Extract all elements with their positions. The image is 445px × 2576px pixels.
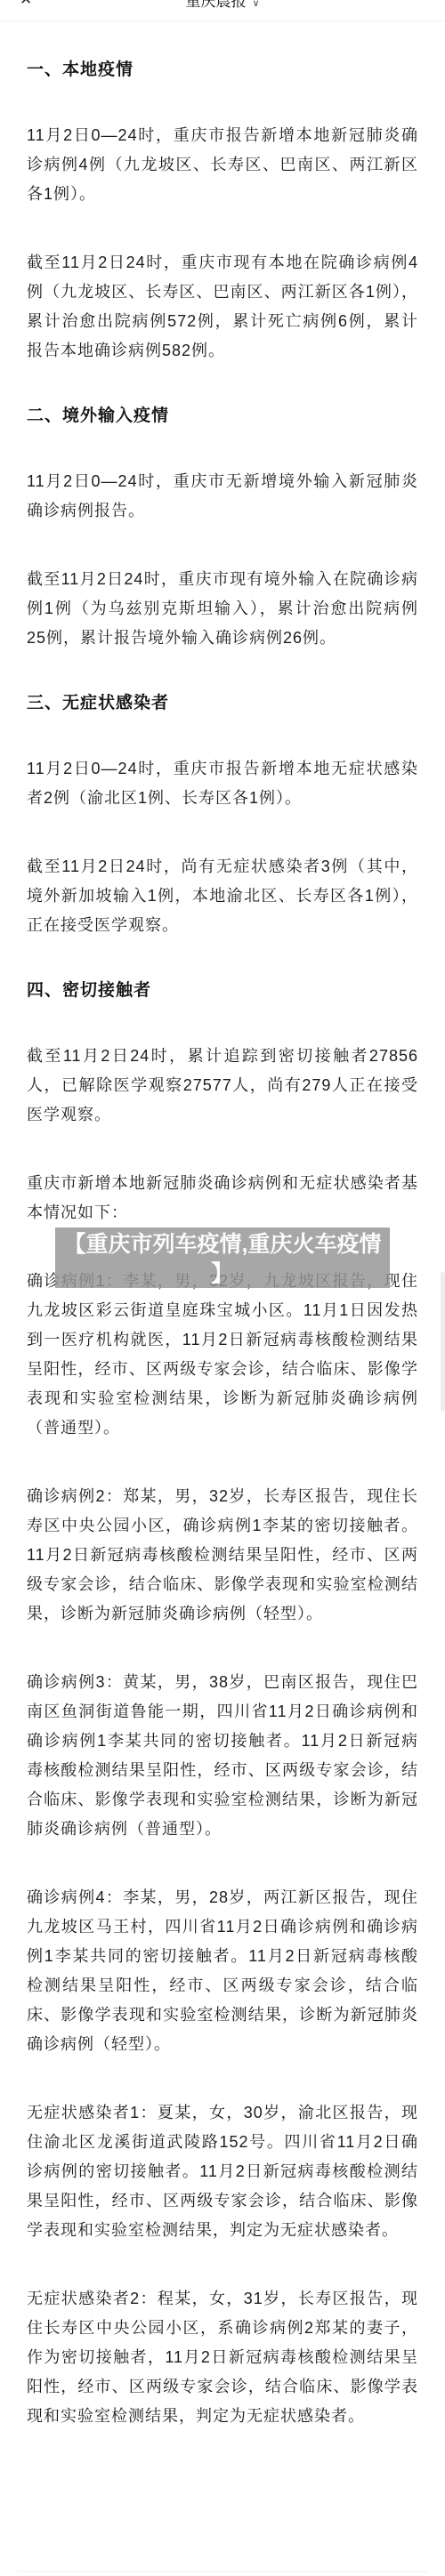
paragraph-imported-2: 截至11月2日24时，重庆市现有境外输入在院确诊病例1例（为乌兹别克斯坦输入），… (27, 565, 418, 653)
paragraph-cases-intro: 重庆市新增本地新冠肺炎确诊病例和无症状感染者基本情况如下： (27, 1169, 418, 1228)
watermark-text-line1: 【重庆市列车疫情,重庆火车疫情 (55, 1228, 390, 1261)
section-heading-asymptomatic: 三、无症状感染者 (27, 692, 418, 715)
page-title-wrap: 重庆晨报∨ (0, 0, 445, 13)
paragraph-local-2: 截至11月2日24时，重庆市现有本地在院确诊病例4例（九龙坡区、长寿区、巴南区、… (27, 248, 418, 366)
scrollbar-thumb[interactable] (441, 1272, 445, 1412)
paragraph-case-4: 确诊病例4：李某，男，28岁，两江新区报告，现住九龙坡区马王村，四川省11月2日… (27, 1883, 418, 2059)
chevron-down-icon[interactable]: ∨ (252, 0, 259, 9)
paragraph-local-1: 11月2日0—24时，重庆市报告新增本地新冠肺炎确诊病例4例（九龙坡区、长寿区、… (27, 121, 418, 209)
paragraph-case-1: 确诊病例1：李某，男，32岁，九龙坡区报告，现住九龙坡区彩云街道皇庭珠宝城小区。… (27, 1267, 418, 1443)
article-page: ✕ 重庆晨报∨ 一、本地疫情 11月2日0—24时，重庆市报告新增本地新冠肺炎确… (0, 0, 445, 2576)
paragraph-asymptomatic-1: 11月2日0—24时，重庆市报告新增本地无症状感染者2例（渝北区1例、长寿区各1… (27, 754, 418, 813)
article-body: 一、本地疫情 11月2日0—24时，重庆市报告新增本地新冠肺炎确诊病例4例（九龙… (0, 21, 445, 2431)
section-heading-close-contacts: 四、密切接触者 (27, 979, 418, 1002)
paragraph-asym-case-2: 无症状感染者2：程某，女，31岁，长寿区报告，现住长寿区中央公园小区，系确诊病例… (27, 2284, 418, 2431)
case-1-text: 确诊病例1：李某，男，32岁，九龙坡区报告，现住九龙坡区彩云街道皇庭珠宝城小区。… (27, 1272, 418, 1437)
paragraph-case-2: 确诊病例2：郑某，男，32岁，长寿区报告，现住长寿区中央公园小区，确诊病例1李某… (27, 1482, 418, 1629)
paragraph-imported-1: 11月2日0—24时，重庆市无新增境外输入新冠肺炎确诊病例报告。 (27, 467, 418, 526)
bottom-divider (18, 2571, 427, 2572)
page-title: 重庆晨报 (185, 0, 246, 10)
app-bar: ✕ 重庆晨报∨ (0, 0, 445, 21)
paragraph-case-3: 确诊病例3：黄某，男，38岁，巴南区报告，现住巴南区鱼洞街道鲁能一期，四川省11… (27, 1668, 418, 1844)
paragraph-close-contacts: 截至11月2日24时，累计追踪到密切接触者27856人，已解除医学观察27577… (27, 1042, 418, 1130)
paragraph-asym-case-1: 无症状感染者1：夏某，女，30岁，渝北区报告，现住渝北区龙溪街道武陵路152号。… (27, 2098, 418, 2245)
section-heading-imported: 二、境外输入疫情 (27, 405, 418, 428)
paragraph-asymptomatic-2: 截至11月2日24时，尚有无症状感染者3例（其中，境外新加坡输入1例，本地渝北区… (27, 852, 418, 940)
section-heading-local: 一、本地疫情 (27, 59, 418, 82)
